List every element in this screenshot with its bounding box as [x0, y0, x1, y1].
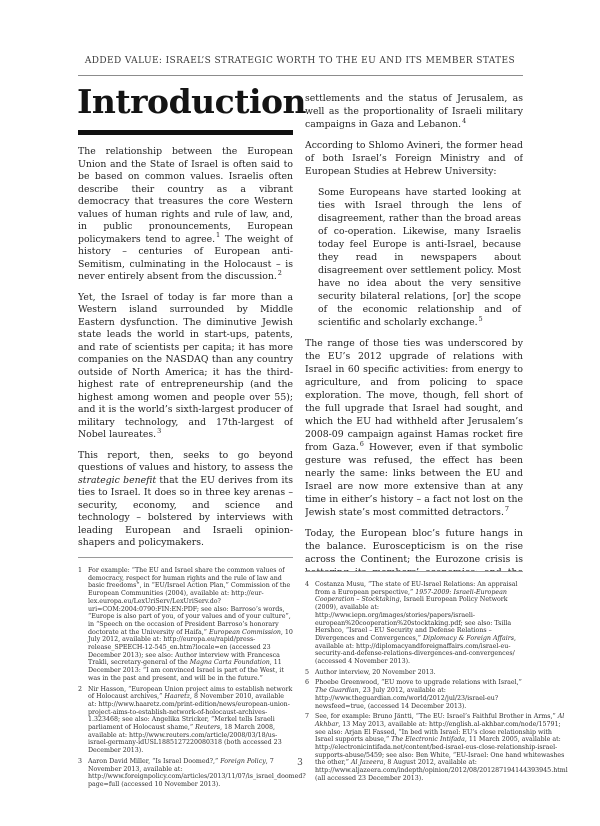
footnotes-left: 1 For example: “The EU and Israel share …: [78, 557, 293, 792]
paragraph-report-aim: This report, then, seeks to go beyond qu…: [78, 450, 293, 550]
footnote-number: 4: [305, 581, 315, 666]
left-column: The relationship between the European Un…: [78, 146, 293, 556]
footnote-number: 7: [305, 713, 315, 782]
footnote: 7 See, for example: Bruno Jäntti, “The E…: [305, 713, 523, 782]
title-underline-bar: [78, 130, 293, 135]
running-header: ADDED VALUE: ISRAEL’S STRATEGIC WORTH TO…: [0, 56, 600, 66]
block-quote: Some Europeans have started looking at t…: [318, 186, 521, 329]
footnote-text: Costanza Musu, “The state of EU-Israel R…: [315, 581, 523, 666]
footnote-text: Author interview, 20 November 2013.: [315, 669, 523, 677]
footnote: 2 Nir Hasson, “European Union project ai…: [78, 686, 293, 755]
footnote-number: 6: [305, 679, 315, 710]
footnote: 6 Phoebe Greenwood, “EU move to upgrade …: [305, 679, 523, 710]
footnote-number: 5: [305, 669, 315, 677]
paragraph-eu-future: Today, the European bloc’s future hangs …: [305, 527, 523, 572]
footnote: 5 Author interview, 20 November 2013.: [305, 669, 523, 677]
paragraph-avineri-intro: According to Shlomo Avineri, the former …: [305, 139, 523, 178]
paragraph-settlements: settlements and the status of Jerusalem,…: [305, 92, 523, 131]
footnotes-right: 4 Costanza Musu, “The state of EU-Israel…: [305, 571, 523, 786]
paragraph-values: The relationship between the European Un…: [78, 146, 293, 284]
header-rule: [78, 75, 523, 76]
footnote-text: See, for example: Bruno Jäntti, “The EU:…: [315, 713, 568, 782]
footnote-text: Nir Hasson, “European Union project aims…: [88, 686, 293, 755]
paragraph-2012-upgrade: The range of those ties was underscored …: [305, 337, 523, 519]
footnote-number: 2: [78, 686, 88, 755]
document-page: ADDED VALUE: ISRAEL’S STRATEGIC WORTH TO…: [0, 0, 600, 826]
section-title: Introduction: [77, 82, 306, 121]
footnote: 4 Costanza Musu, “The state of EU-Israel…: [305, 581, 523, 666]
footnote-text: For example: “The EU and Israel share th…: [88, 567, 293, 683]
footnote-text: Phoebe Greenwood, “EU move to upgrade re…: [315, 679, 523, 710]
right-column: settlements and the status of Jerusalem,…: [305, 92, 523, 572]
footnote: 1 For example: “The EU and Israel share …: [78, 567, 293, 683]
footnote-number: 1: [78, 567, 88, 683]
page-number: 3: [0, 758, 600, 768]
paragraph-israel-today: Yet, the Israel of today is far more tha…: [78, 292, 293, 442]
